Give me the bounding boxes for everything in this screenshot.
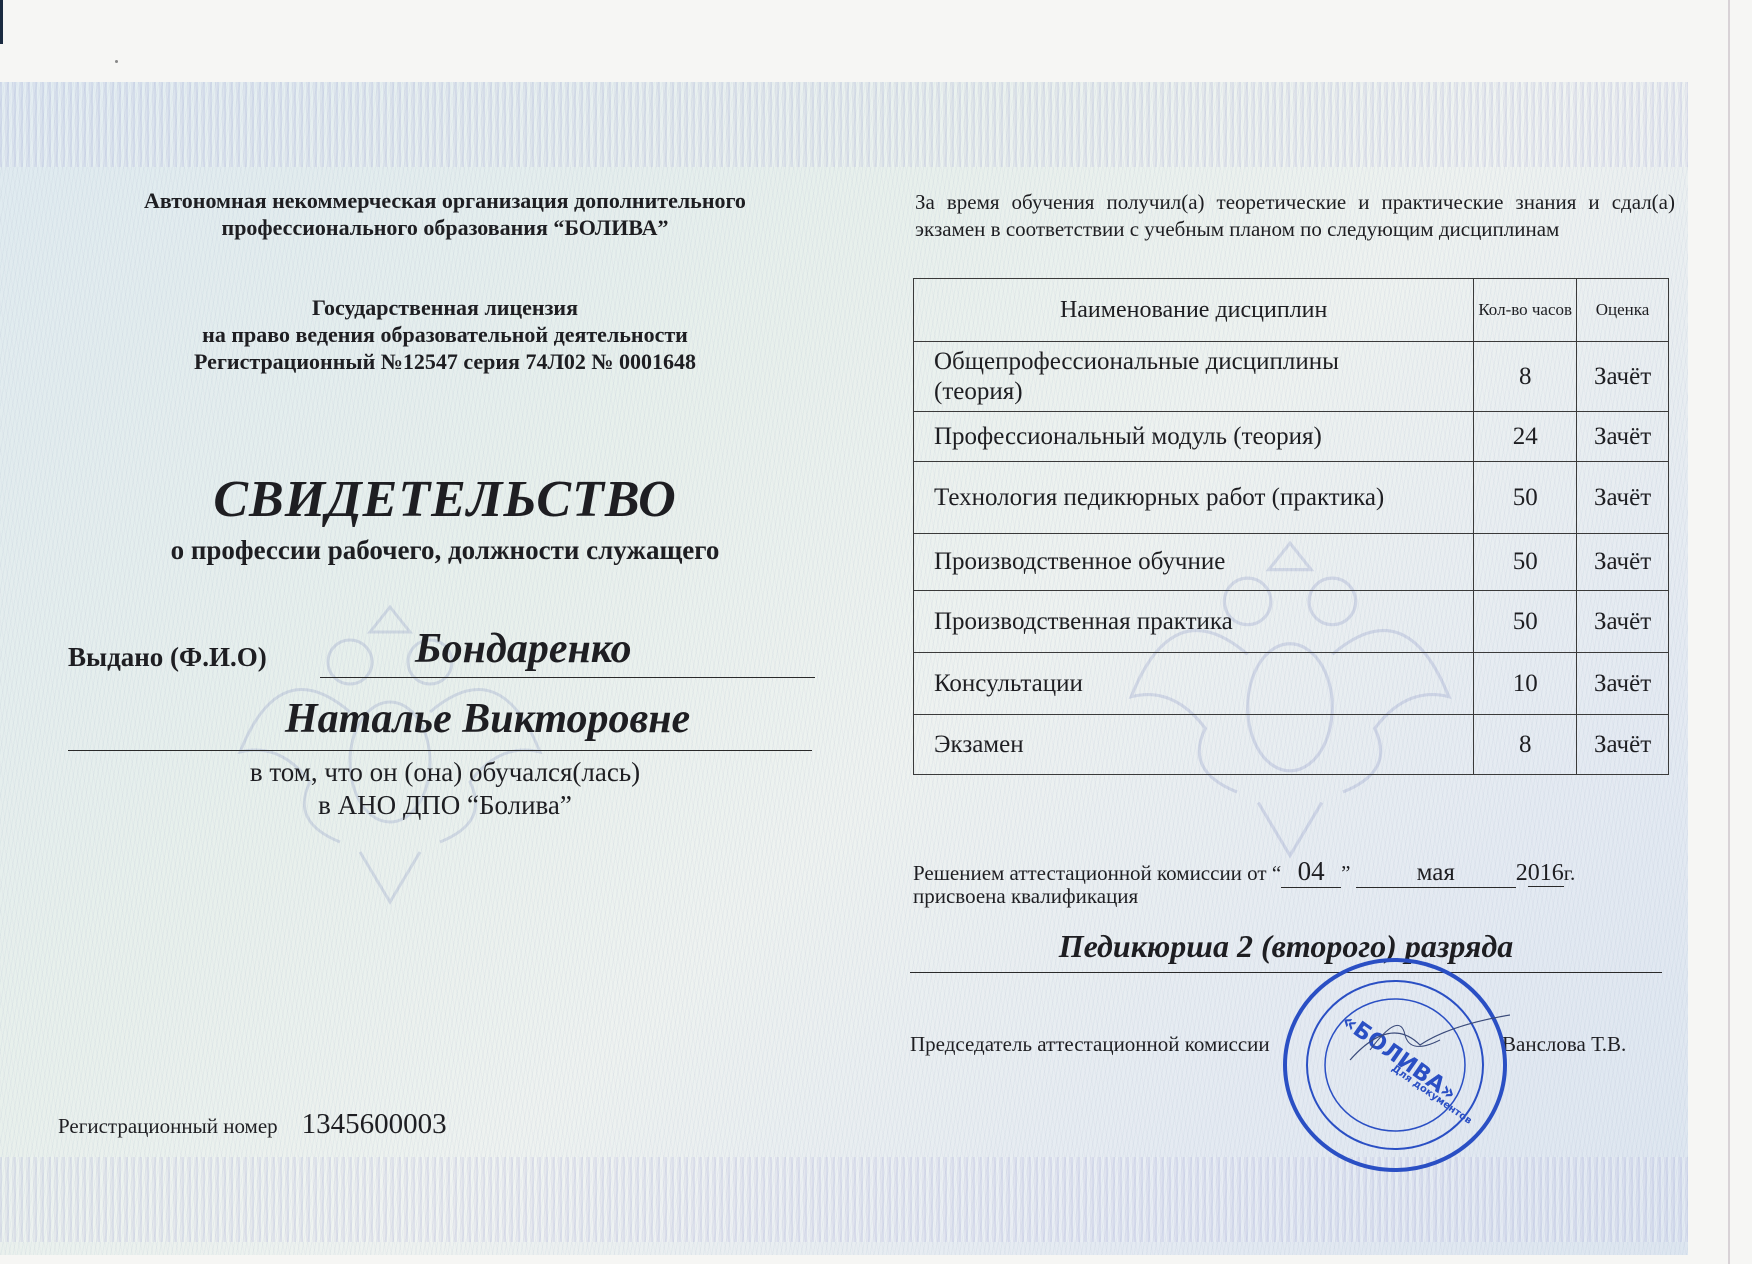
chairman-name: Ванслова Т.В. [1502, 1032, 1626, 1057]
discipline-grade: Зачёт [1577, 412, 1669, 462]
registration-number-value: 1345600003 [302, 1108, 447, 1140]
recipient-surname: Бондаренко [415, 625, 631, 673]
discipline-hours: 8 [1474, 342, 1577, 412]
scan-edge-mark [0, 0, 3, 44]
table-row: Производственное обучние 50 Зачёт [914, 534, 1669, 591]
recipient-given-names: Наталье Викторовне [285, 695, 690, 743]
table-row: Производственная практика 50 Зачёт [914, 591, 1669, 653]
issued-label: Выдано (Ф.И.О) [68, 642, 267, 673]
scan-speck [115, 60, 118, 63]
decision-month: мая [1356, 859, 1516, 888]
header-hours: Кол-во часов [1474, 279, 1577, 342]
decision-day: 04 [1281, 856, 1341, 888]
discipline-hours: 10 [1474, 653, 1577, 715]
scan-edge-line [1728, 0, 1730, 1264]
table-row: Общепрофессиональные дисциплины (теория)… [914, 342, 1669, 412]
table-row: Профессиональный модуль (теория) 24 Зачё… [914, 412, 1669, 462]
discipline-name: Профессиональный модуль (теория) [914, 412, 1474, 462]
decision-year-prefix: 2 [1516, 860, 1528, 886]
guilloche-band-top [0, 82, 1688, 167]
discipline-hours: 50 [1474, 591, 1577, 653]
organization-line-2: профессионального образования “БОЛИВА” [45, 214, 845, 241]
discipline-name: Экзамен [914, 715, 1474, 775]
registration-number-row: Регистрационный номер 1345600003 [58, 1108, 447, 1141]
statement-line-2: в АНО ДПО “Болива” [45, 790, 845, 821]
intro-text: За время обучения получил(а) теоретическ… [915, 189, 1675, 243]
assigned-qualification-label: присвоена квалификация [913, 884, 1138, 909]
certificate-title: СВИДЕТЕЛЬСТВО [45, 470, 845, 529]
given-names-underline [68, 750, 812, 751]
discipline-name: Производственная практика [914, 591, 1474, 653]
organization-stamp: «БОЛИВА» Для документов [1280, 955, 1510, 1175]
chairman-label: Председатель аттестационной комиссии [910, 1032, 1270, 1057]
disciplines-table: Наименование дисциплин Кол-во часов Оцен… [913, 278, 1669, 775]
license-line-1: Государственная лицензия [45, 294, 845, 321]
organization-name: Автономная некоммерческая организация до… [45, 187, 845, 241]
discipline-grade: Зачёт [1577, 715, 1669, 775]
discipline-grade: Зачёт [1577, 462, 1669, 534]
discipline-grade: Зачёт [1577, 342, 1669, 412]
table-header-row: Наименование дисциплин Кол-во часов Оцен… [914, 279, 1669, 342]
table-row: Консультации 10 Зачёт [914, 653, 1669, 715]
discipline-name: Производственное обучние [914, 534, 1474, 591]
discipline-hours: 50 [1474, 462, 1577, 534]
discipline-hours: 24 [1474, 412, 1577, 462]
decision-year-unit: г. [1564, 861, 1576, 885]
registration-number-label: Регистрационный номер [58, 1114, 278, 1138]
license-line-3: Регистрационный №12547 серия 74Л02 № 000… [45, 348, 845, 375]
statement-line-1: в том, что он (она) обучался(лась) [45, 757, 845, 788]
table-row: Экзамен 8 Зачёт [914, 715, 1669, 775]
surname-underline [320, 677, 815, 678]
license-line-2: на право ведения образовательной деятель… [45, 321, 845, 348]
stamp-center-text: «БОЛИВА» [1337, 1009, 1461, 1107]
discipline-name: Технология педикюрных работ (практика) [914, 462, 1474, 534]
discipline-hours: 50 [1474, 534, 1577, 591]
header-discipline: Наименование дисциплин [914, 279, 1474, 342]
discipline-grade: Зачёт [1577, 591, 1669, 653]
certificate-subtitle: о профессии рабочего, должности служащег… [45, 535, 845, 566]
discipline-name: Консультации [914, 653, 1474, 715]
table-row: Технология педикюрных работ (практика) 5… [914, 462, 1669, 534]
decision-year-suffix: 016 [1528, 860, 1564, 887]
discipline-hours: 8 [1474, 715, 1577, 775]
decision-quote-close: ” [1341, 861, 1350, 885]
discipline-grade: Зачёт [1577, 534, 1669, 591]
license-block: Государственная лицензия на право ведени… [45, 294, 845, 375]
decision-prefix: Решением аттестационной комиссии от “ [913, 861, 1281, 885]
organization-line-1: Автономная некоммерческая организация до… [45, 187, 845, 214]
discipline-grade: Зачёт [1577, 653, 1669, 715]
header-grade: Оценка [1577, 279, 1669, 342]
discipline-name: Общепрофессиональные дисциплины (теория) [914, 342, 1474, 412]
